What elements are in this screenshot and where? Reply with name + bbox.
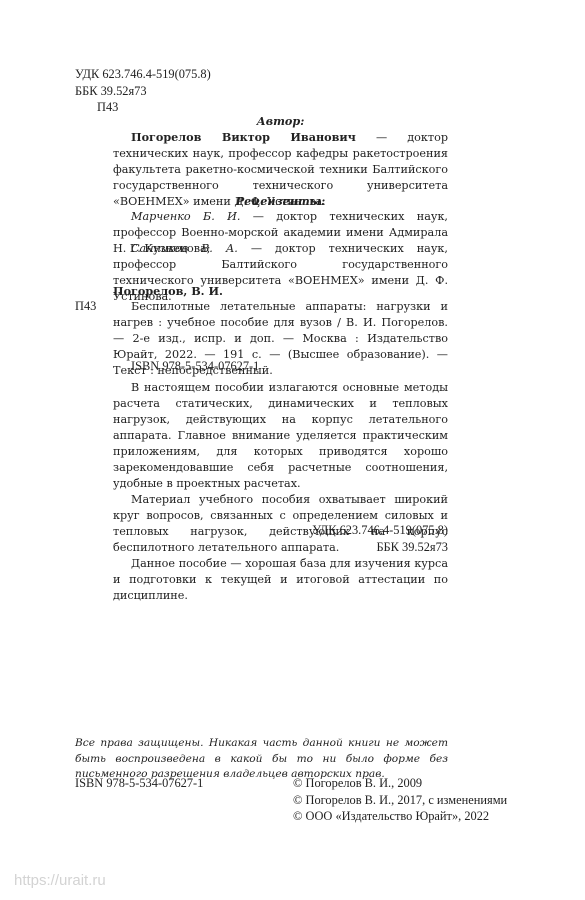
udk-code: УДК 623.746.4-519(075.8) (113, 522, 448, 539)
copyright-line: © ООО «Издательство Юрайт», 2022 (293, 808, 507, 825)
abstract: В настоящем пособии излагаются основные … (113, 380, 448, 604)
reviewer-name: Марченко Б. И. (131, 210, 240, 223)
isbn: ISBN 978-5-534-07627-1 (131, 358, 259, 375)
author-name: Погорелов Виктор Иванович (131, 130, 356, 144)
catalog-mark: П43 (75, 298, 96, 315)
bbk-code: ББК 39.52я73 (113, 539, 448, 556)
abstract-paragraph: В настоящем пособии излагаются основные … (113, 380, 448, 492)
abstract-paragraph: Данное пособие — хорошая база для изучен… (113, 556, 448, 604)
bbk-code: ББК 39.52я73 (75, 83, 211, 100)
catalog-codes: УДК 623.746.4-519(075.8) ББК 39.52я73 (113, 522, 448, 555)
watermark-url: https://urait.ru (14, 873, 106, 889)
reviewer-name: Санников В. А. (131, 242, 238, 255)
copyright-line: © Погорелов В. И., 2017, с изменениями (293, 792, 507, 809)
copyright-line: © Погорелов В. И., 2009 (293, 775, 507, 792)
classification-block: УДК 623.746.4-519(075.8) ББК 39.52я73 П4… (75, 66, 211, 116)
reviewers-heading: Рецензенты: (113, 193, 448, 209)
udk-code: УДК 623.746.4-519(075.8) (75, 66, 211, 83)
copyright-block: © Погорелов В. И., 2009 © Погорелов В. И… (293, 775, 507, 825)
author-heading: Автор: (113, 113, 448, 129)
footer-isbn: ISBN 978-5-534-07627-1 (75, 775, 203, 792)
catalog-heading: Погорелов, В. И. (113, 283, 223, 299)
